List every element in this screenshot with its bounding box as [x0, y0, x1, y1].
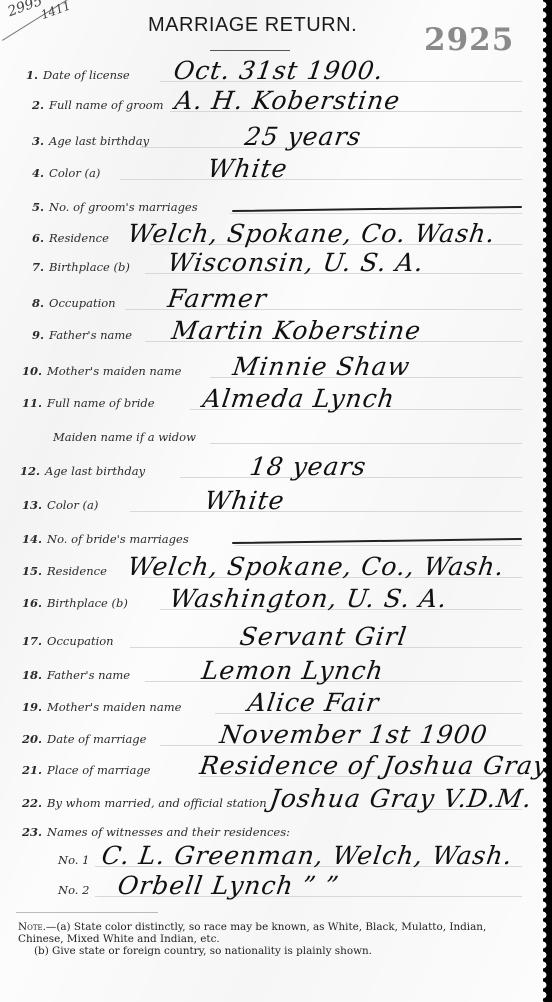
field-label: 15.Residence [22, 564, 107, 578]
dash-stroke [232, 206, 522, 212]
form-field-row: 18.Father's nameLemon Lynch [0, 658, 530, 688]
field-label: 10.Mother's maiden name [22, 364, 181, 378]
field-label: 3.Age last birthday [32, 134, 149, 148]
field-label-text: Names of witnesses and their residences: [47, 825, 290, 839]
handwritten-value: Martin Koberstine [170, 316, 423, 345]
form-field-row: 1.Date of licenseOct. 31st 1900. [0, 58, 530, 88]
form-field-row: 10.Mother's maiden nameMinnie Shaw [0, 354, 530, 384]
form-field-row: 15.ResidenceWelch, Spokane, Co., Wash. [0, 554, 530, 584]
form-field-row: 3.Age last birthday25 years [0, 124, 530, 154]
field-label: 13.Color (a) [22, 498, 98, 512]
handwritten-value: Welch, Spokane, Co. Wash. [126, 219, 497, 248]
field-number: 15. [22, 564, 42, 578]
witness-label: No. 2 [58, 883, 89, 897]
field-number: 1. [26, 68, 38, 82]
stamp-number: 2925 [424, 22, 514, 58]
field-number: 23. [22, 825, 42, 839]
field-label-text: Color (a) [47, 498, 98, 512]
field-underline [235, 545, 522, 546]
form-field-row: 17.OccupationServant Girl [0, 624, 530, 654]
field-underline [210, 443, 522, 444]
field-label: 18.Father's name [22, 668, 130, 682]
field-label-text: By whom married, and official station [47, 796, 267, 810]
field-label-text: Place of marriage [47, 763, 150, 777]
field-number: 14. [22, 532, 42, 546]
field-label: 12.Age last birthday [20, 464, 145, 478]
handwritten-value: Residence of Joshua Gray [198, 751, 550, 780]
handwritten-value: Minnie Shaw [231, 352, 412, 381]
form-field-row: 20.Date of marriageNovember 1st 1900 [0, 722, 530, 752]
marriage-return-form: 2995 1411 MARRIAGE RETURN. 2925 1.Date o… [0, 0, 545, 1002]
form-field-row: 4.Color (a)White [0, 156, 530, 186]
corner-annotation-line-2: 1411 [39, 0, 72, 22]
handwritten-value: White [203, 486, 287, 515]
field-number: 2. [32, 98, 44, 112]
handwritten-value: White [206, 154, 290, 183]
perforated-edge [543, 0, 552, 1002]
form-field-row: Maiden name if a widow [0, 420, 530, 450]
handwritten-value: Wisconsin, U. S. A. [166, 248, 426, 277]
field-label-text: Mother's maiden name [47, 364, 181, 378]
field-label-text: Father's name [49, 328, 132, 342]
form-field-row: 9.Father's nameMartin Koberstine [0, 318, 530, 348]
field-label: 17.Occupation [22, 634, 114, 648]
field-label-text: Residence [47, 564, 107, 578]
field-number: 5. [32, 200, 44, 214]
handwritten-value: Farmer [166, 284, 269, 313]
witness-handwritten-value: Orbell Lynch ” ” [116, 871, 341, 900]
handwritten-value: November 1st 1900 [218, 720, 490, 749]
field-label-text: Maiden name if a widow [53, 430, 196, 444]
witness-row: No. 2Orbell Lynch ” ” [0, 873, 530, 903]
field-number: 10. [22, 364, 42, 378]
field-label: 14.No. of bride's marriages [22, 532, 189, 546]
field-label-text: Full name of bride [47, 396, 155, 410]
corner-annotation: 2995 1411 [6, 0, 72, 32]
field-number: 11. [22, 396, 42, 410]
field-label-text: Full name of groom [49, 98, 163, 112]
form-field-row: 22.By whom married, and official station… [0, 786, 530, 816]
field-number: 21. [22, 763, 42, 777]
handwritten-value: Lemon Lynch [200, 656, 386, 685]
field-label: 21.Place of marriage [22, 763, 150, 777]
field-number: 17. [22, 634, 42, 648]
form-field-row: 13.Color (a)White [0, 488, 530, 518]
form-field-row: 2.Full name of groomA. H. Koberstine [0, 88, 530, 118]
handwritten-value: Almeda Lynch [201, 384, 397, 413]
handwritten-value: Joshua Gray V.D.M. [268, 784, 534, 813]
form-field-row: 5.No. of groom's marriages [0, 190, 530, 220]
field-number: 7. [32, 260, 44, 274]
field-underline [120, 179, 522, 180]
field-label: 16.Birthplace (b) [22, 596, 128, 610]
footnote: Note.—(a) State color distinctly, so rac… [18, 921, 518, 957]
form-field-row: 14.No. of bride's marriages [0, 522, 530, 552]
field-number: 9. [32, 328, 44, 342]
field-label: 2.Full name of groom [32, 98, 164, 112]
field-underline [130, 511, 522, 512]
field-label: 11.Full name of bride [22, 396, 155, 410]
field-label-text: Occupation [49, 296, 116, 310]
field-number: 8. [32, 296, 44, 310]
handwritten-value: A. H. Koberstine [173, 86, 402, 115]
handwritten-value: Washington, U. S. A. [168, 584, 449, 613]
field-label: 1.Date of license [26, 68, 130, 82]
note-divider [16, 912, 158, 913]
form-field-row: 19.Mother's maiden nameAlice Fair [0, 690, 530, 720]
handwritten-value: Servant Girl [238, 622, 409, 651]
field-label-text: Age last birthday [49, 134, 149, 148]
handwritten-value: Alice Fair [246, 688, 381, 717]
dash-stroke [232, 538, 522, 544]
field-label-text: Occupation [47, 634, 114, 648]
note-line-b: (b) Give state or foreign country, so na… [18, 945, 518, 957]
field-label-text: Birthplace (b) [49, 260, 130, 274]
field-number: 19. [22, 700, 42, 714]
form-field-row: 16.Birthplace (b)Washington, U. S. A. [0, 586, 530, 616]
witness-label: No. 1 [58, 853, 89, 867]
field-label-text: No. of bride's marriages [47, 532, 189, 546]
field-label-text: Father's name [47, 668, 130, 682]
field-number: 6. [32, 231, 44, 245]
title-divider [210, 50, 290, 51]
field-label-text: Mother's maiden name [47, 700, 181, 714]
field-label: 4.Color (a) [32, 166, 100, 180]
field-label-text: Birthplace (b) [47, 596, 128, 610]
field-label-text: Residence [49, 231, 109, 245]
field-label-text: Color (a) [49, 166, 100, 180]
handwritten-value: Oct. 31st 1900. [172, 56, 386, 85]
form-field-row: 7.Birthplace (b)Wisconsin, U. S. A. [0, 250, 530, 280]
witness-handwritten-value: C. L. Greenman, Welch, Wash. [100, 841, 515, 870]
field-label: 7.Birthplace (b) [32, 260, 130, 274]
field-number: 16. [22, 596, 42, 610]
field-number: 20. [22, 732, 42, 746]
note-line-a: —(a) State color distinctly, so race may… [18, 921, 486, 945]
field-label-text: Date of license [43, 68, 130, 82]
form-field-row: 21.Place of marriageResidence of Joshua … [0, 753, 530, 783]
field-number: 3. [32, 134, 44, 148]
field-number: 4. [32, 166, 44, 180]
form-field-row: 6.ResidenceWelch, Spokane, Co. Wash. [0, 221, 530, 251]
form-field-row: 8.OccupationFarmer [0, 286, 530, 316]
field-label-text: No. of groom's marriages [49, 200, 198, 214]
form-field-row: 11.Full name of brideAlmeda Lynch [0, 386, 530, 416]
page-title: MARRIAGE RETURN. [148, 14, 357, 37]
field-label: Maiden name if a widow [48, 430, 196, 444]
field-label: 8.Occupation [32, 296, 116, 310]
form-field-row: 12.Age last birthday18 years [0, 454, 530, 484]
field-label: 9.Father's name [32, 328, 132, 342]
field-number: 13. [22, 498, 42, 512]
handwritten-value: 25 years [243, 122, 363, 151]
field-label: 22.By whom married, and official station [22, 796, 267, 810]
field-label: 23.Names of witnesses and their residenc… [22, 825, 290, 839]
witness-row: No. 1C. L. Greenman, Welch, Wash. [0, 843, 530, 873]
field-number: 22. [22, 796, 42, 810]
field-label: 6.Residence [32, 231, 109, 245]
field-number: 18. [22, 668, 42, 682]
handwritten-value: Welch, Spokane, Co., Wash. [126, 552, 506, 581]
handwritten-value: 18 years [248, 452, 368, 481]
field-number: 12. [20, 464, 40, 478]
field-label: 5.No. of groom's marriages [32, 200, 198, 214]
field-label: 19.Mother's maiden name [22, 700, 181, 714]
field-label-text: Date of marriage [47, 732, 146, 746]
field-underline [230, 213, 522, 214]
note-prefix: Note. [18, 921, 46, 933]
field-label-text: Age last birthday [45, 464, 145, 478]
field-label: 20.Date of marriage [22, 732, 146, 746]
